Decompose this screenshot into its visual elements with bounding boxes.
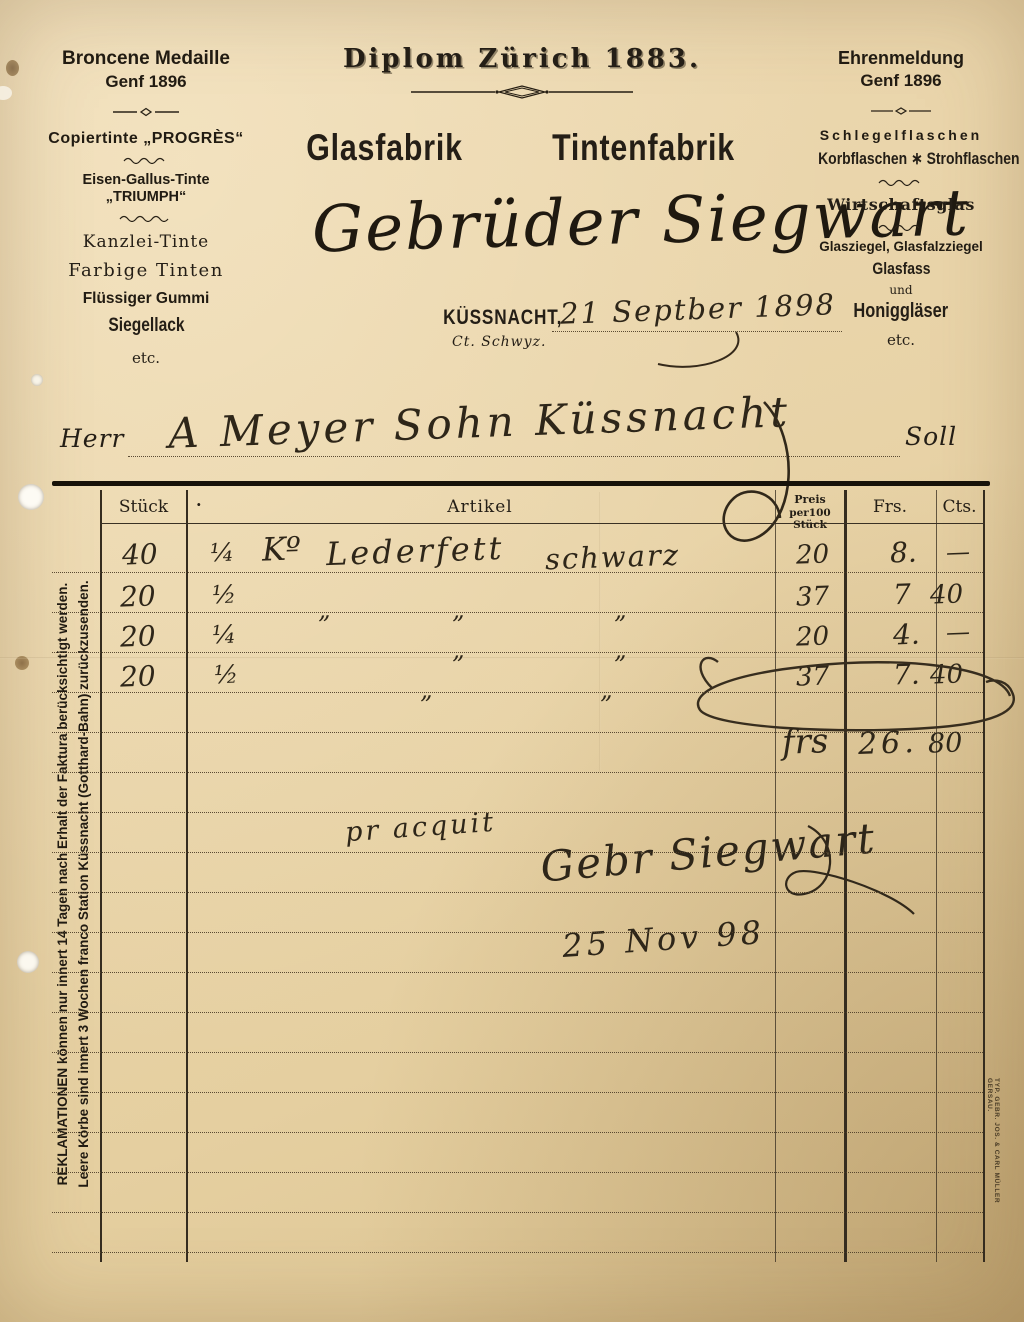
row3-cts: — [946,618,971,647]
row2-fraction: ½ [212,580,237,610]
row1-cts: — [946,538,971,567]
product-glasziegel: Glasziegel, Glasfalzziegel [796,239,1006,254]
row1-article: Lederfett [325,529,505,573]
row3-frs: 4. [892,618,920,652]
product-und: und [796,283,1006,297]
account-dotted-line [52,852,983,853]
total-currency: frs [781,721,829,763]
account-dotted-line [52,1012,983,1013]
product-eisen-gallus: Eisen-Gallus-Tinte [48,172,244,188]
product-farbige: Farbige Tinten [48,260,244,281]
row2-preis: 37 [795,581,829,612]
product-copiertinte: Copiertinte „PROGRÈS“ [48,130,244,148]
signature-date: 25 Nov 98 [561,913,766,965]
salutation-label: Herr [60,424,125,453]
row1-unit: Kº [261,529,301,568]
product-wirtschaftsglas: Wirtschaftsglas [796,195,1006,214]
row1-frs: 8. [889,536,917,570]
printer-credit: TYP. GEBR. JOS. & CARL MÜLLER GERSAU. [986,1078,1000,1238]
col-header-artikel: Artikel [300,497,660,517]
product-etc: etc. [48,349,244,367]
filigree-divider-icon [407,84,637,100]
city-label: KÜSSNACHT, [430,306,575,330]
account-dotted-line [52,612,983,613]
punch-hole [31,374,43,386]
row3-stueck: 20 [119,619,156,653]
handwritten-date: 21 Septber 1898 [559,287,836,331]
row4-stueck: 20 [119,659,156,693]
account-dotted-line [52,772,983,773]
company-name: Gebrüder Siegwart [311,183,733,268]
ditto-mark: „ [614,636,627,664]
divider-ornament-icon [111,106,181,118]
reclamation-line2: Leere Körbe sind innert 3 Wochen franco … [73,556,94,1212]
total-flourish [660,648,1024,758]
table-vline [983,490,985,1262]
account-dotted-line [52,732,983,733]
fold-crease [599,492,601,772]
account-dotted-line [52,1132,983,1133]
diploma-title: Diplom Zürich 1883. [312,44,732,74]
row2-cts: 40 [929,579,963,610]
account-dotted-line [52,572,983,573]
account-dotted-line [52,1052,983,1053]
divider-ornament-icon [869,105,933,117]
ditto-mark: „ [614,596,627,624]
account-dotted-line [52,652,983,653]
reclamation-line1: REKLAMATIONEN können nur innert 14 Tagen… [52,556,73,1212]
paper-spot [6,60,19,76]
table-header-rule [100,523,985,524]
invoice-page: Broncene Medaille Genf 1896 Copiertinte … [0,0,1024,1322]
row2-frs: 7 [892,578,911,612]
account-dotted-line [52,972,983,973]
product-siegellack: Siegellack [48,315,244,337]
product-honiggläser: Honiggläser [796,300,1006,323]
account-dotted-line [52,1212,983,1213]
masthead-left: Broncene Medaille Genf 1896 Copiertinte … [48,48,244,367]
table-vline [186,490,188,1262]
reclamation-note: REKLAMATIONEN können nur innert 14 Tagen… [52,556,94,1212]
masthead-center: Diplom Zürich 1883. Glasfabrik Tintenfab [312,44,732,262]
ditto-mark: „ [420,676,433,704]
account-dotted-line [52,1092,983,1093]
row2-stueck: 20 [119,579,156,613]
total-francs: 26. [857,725,918,762]
debit-label: Soll [905,422,957,451]
product-kanzlei: Kanzlei-Tinte [48,232,244,252]
ditto-mark: „ [600,676,613,704]
paper-spot [0,86,12,100]
row4-fraction: ½ [214,660,239,690]
col-header-stueck: Stück [100,497,187,517]
account-dotted-line [52,932,983,933]
wavy-divider-icon [878,178,924,186]
product-etc: etc. [796,331,1006,349]
ditto-mark: „ [318,596,331,624]
factory-ink-label: Tintenfabrik [532,127,755,169]
canton-label: Ct. Schwyz. [452,334,546,350]
wavy-divider-icon [123,156,169,164]
award-title: Broncene Medaille [48,48,244,70]
wavy-divider-icon [119,214,173,222]
award-place: Genf 1896 [48,72,244,92]
account-dotted-line [52,1172,983,1173]
table-top-rule [52,481,990,486]
factory-glass-label: Glasfabrik [289,127,480,169]
product-glasfass: Glasfass [796,259,1006,279]
product-korb-stroh: Korbflaschen ∗ Strohflaschen [796,149,1006,169]
client-flourish [700,400,830,560]
award-title: Ehrenmeldung [796,48,1006,69]
account-dotted-line [52,1252,983,1253]
punch-hole [18,484,44,510]
wavy-divider-icon [878,223,924,231]
account-dotted-line [52,892,983,893]
date-flourish [640,330,800,390]
row1-preis: 20 [795,539,829,570]
row1-stueck: 40 [121,537,158,571]
product-gummi: Flüssiger Gummi [48,290,244,308]
masthead-right: Ehrenmeldung Genf 1896 Schlegelflaschen … [796,48,1006,349]
account-dotted-line [52,692,983,693]
signature-flourish [770,820,920,930]
col-header-frs: Frs. [846,497,934,517]
punch-hole [17,951,39,973]
factory-line: Glasfabrik Tintenfabrik [312,122,732,174]
col-header-cts: Cts. [936,497,983,517]
row3-fraction: ¼ [212,620,237,650]
table-vline [100,490,102,1262]
account-dotted-line [52,812,983,813]
product-schlegel: Schlegelflaschen [796,127,1006,143]
ditto-mark: „ [452,596,465,624]
product-triumph: „TRIUMPH“ [48,189,244,205]
row1-fraction: ¼ [210,538,235,568]
col-header-dot: · [196,495,202,514]
ditto-mark: „ [452,636,465,664]
award-place: Genf 1896 [796,71,1006,91]
row1-color: schwarz [544,538,680,577]
handwritten-client: A Meyer Sohn Küssnacht [167,387,792,458]
col-header-preis: Preis per100 Stück [777,493,843,531]
